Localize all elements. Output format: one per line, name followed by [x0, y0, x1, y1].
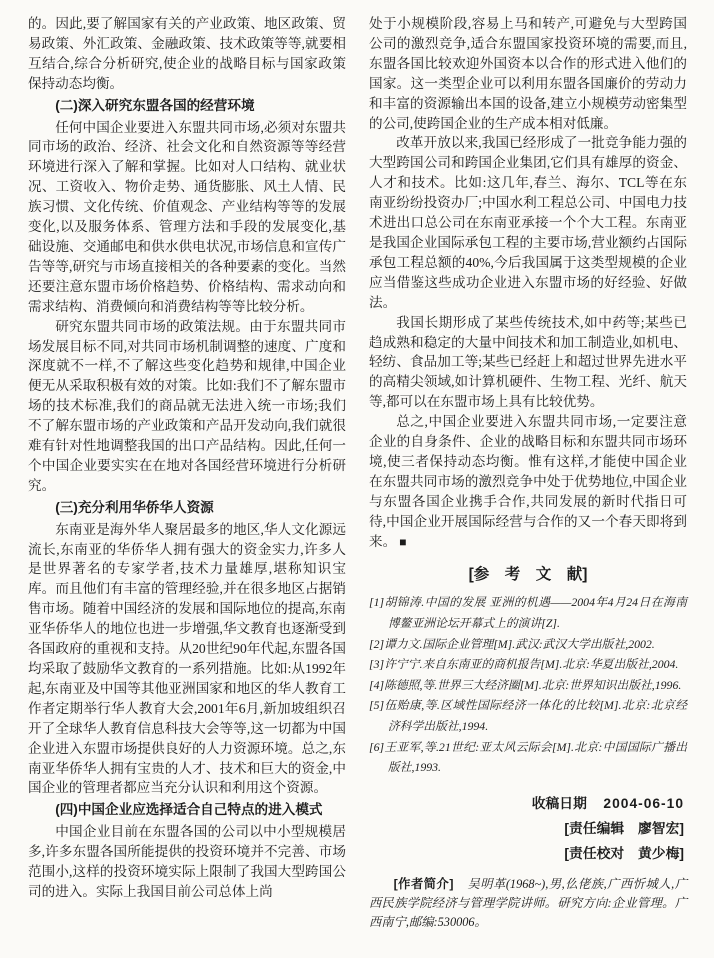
paragraph: 东南亚是海外华人聚居最多的地区,华人文化源远流长,东南亚的华侨华人拥有强大的资金… — [28, 520, 346, 799]
end-of-article-mark: ■ — [399, 535, 406, 549]
right-column: 处于小规模阶段,容易上马和转产,可避免与大型跨国公司的激烈竞争,适合东盟国家投资… — [369, 14, 687, 932]
proofreader-row: [责任校对 黄少梅] — [369, 841, 684, 866]
references-list: [1]胡锦涛.中国的发展 亚洲的机遇——2004年4月24日在海南博鳌亚洲论坛开… — [369, 592, 687, 777]
reference-item-6: [6]王亚军,等.21世纪:亚太风云际会[M].北京:中国国际广播出版社,199… — [369, 737, 687, 778]
journal-page: 的。因此,要了解国家有关的产业政策、地区政策、贸易政策、外汇政策、金融政策、技术… — [0, 0, 714, 958]
received-date-label: 收稿日期 — [532, 796, 587, 811]
closing-paragraph: 总之,中国企业要进入东盟共同市场,一定要注意企业的自身条件、企业的战略目标和东盟… — [369, 412, 687, 552]
paragraph-text: 总之,中国企业要进入东盟共同市场,一定要注意企业的自身条件、企业的战略目标和东盟… — [369, 414, 687, 548]
received-date-row: 收稿日期2004-06-10 — [369, 791, 684, 816]
responsible-editor-row: [责任编辑 廖智宏] — [369, 816, 684, 841]
reference-item-1: [1]胡锦涛.中国的发展 亚洲的机遇——2004年4月24日在海南博鳌亚洲论坛开… — [369, 592, 687, 633]
reference-item-4: [4]陈德照,等.世界三大经济圈[M].北京:世界知识出版社,1996. — [369, 675, 687, 696]
paragraph: 研究东盟共同市场的政策法规。由于东盟共同市场发展目标不同,对共同市场机制调整的速… — [28, 317, 346, 496]
paragraph: 任何中国企业要进入东盟共同市场,必须对东盟共同市场的政治、经济、社会文化和自然资… — [28, 118, 346, 317]
article-meta-block: 收稿日期2004-06-10 [责任编辑 廖智宏] [责任校对 黄少梅] — [369, 791, 687, 866]
paragraph: 中国企业目前在东盟各国的公司以中小型规模居多,许多东盟各国所能提供的投资环境并不… — [28, 822, 346, 902]
section-heading-4: (四)中国企业应选择适合自己特点的进入模式 — [28, 800, 346, 820]
paragraph: 处于小规模阶段,容易上马和转产,可避免与大型跨国公司的激烈竞争,适合东盟国家投资… — [369, 14, 687, 133]
reference-item-3: [3]许宁宁.来自东南亚的商机报告[M].北京:华夏出版社,2004. — [369, 654, 687, 675]
paragraph: 改革开放以来,我国已经形成了一批竞争能力强的大型跨国公司和跨国企业集团,它们具有… — [369, 133, 687, 312]
author-bio: [作者简介]吴明革(1968~),男,仫佬族,广西忻城人,广西民族学院经济与管理… — [369, 875, 687, 932]
section-heading-2: (二)深入研究东盟各国的经营环境 — [28, 96, 346, 116]
reference-item-2: [2]谭力文.国际企业管理[M].武汉:武汉大学出版社,2002. — [369, 634, 687, 655]
paragraph: 我国长期形成了某些传统技术,如中药等;某些已趋成熟和稳定的大量中间技术和加工制造… — [369, 313, 687, 413]
author-bio-label: [作者简介] — [394, 877, 454, 891]
two-column-layout: 的。因此,要了解国家有关的产业政策、地区政策、贸易政策、外汇政策、金融政策、技术… — [28, 14, 689, 932]
reference-item-5: [5]伍贻康,等.区域性国际经济一体化的比较[M].北京:北京经济科学出版社,1… — [369, 695, 687, 736]
paragraph: 的。因此,要了解国家有关的产业政策、地区政策、贸易政策、外汇政策、金融政策、技术… — [28, 14, 346, 94]
references-title: [参 考 文 献] — [369, 565, 687, 585]
received-date-value: 2004-06-10 — [603, 796, 684, 811]
left-column: 的。因此,要了解国家有关的产业政策、地区政策、贸易政策、外汇政策、金融政策、技术… — [28, 14, 346, 932]
section-heading-3: (三)充分利用华侨华人资源 — [28, 498, 346, 518]
